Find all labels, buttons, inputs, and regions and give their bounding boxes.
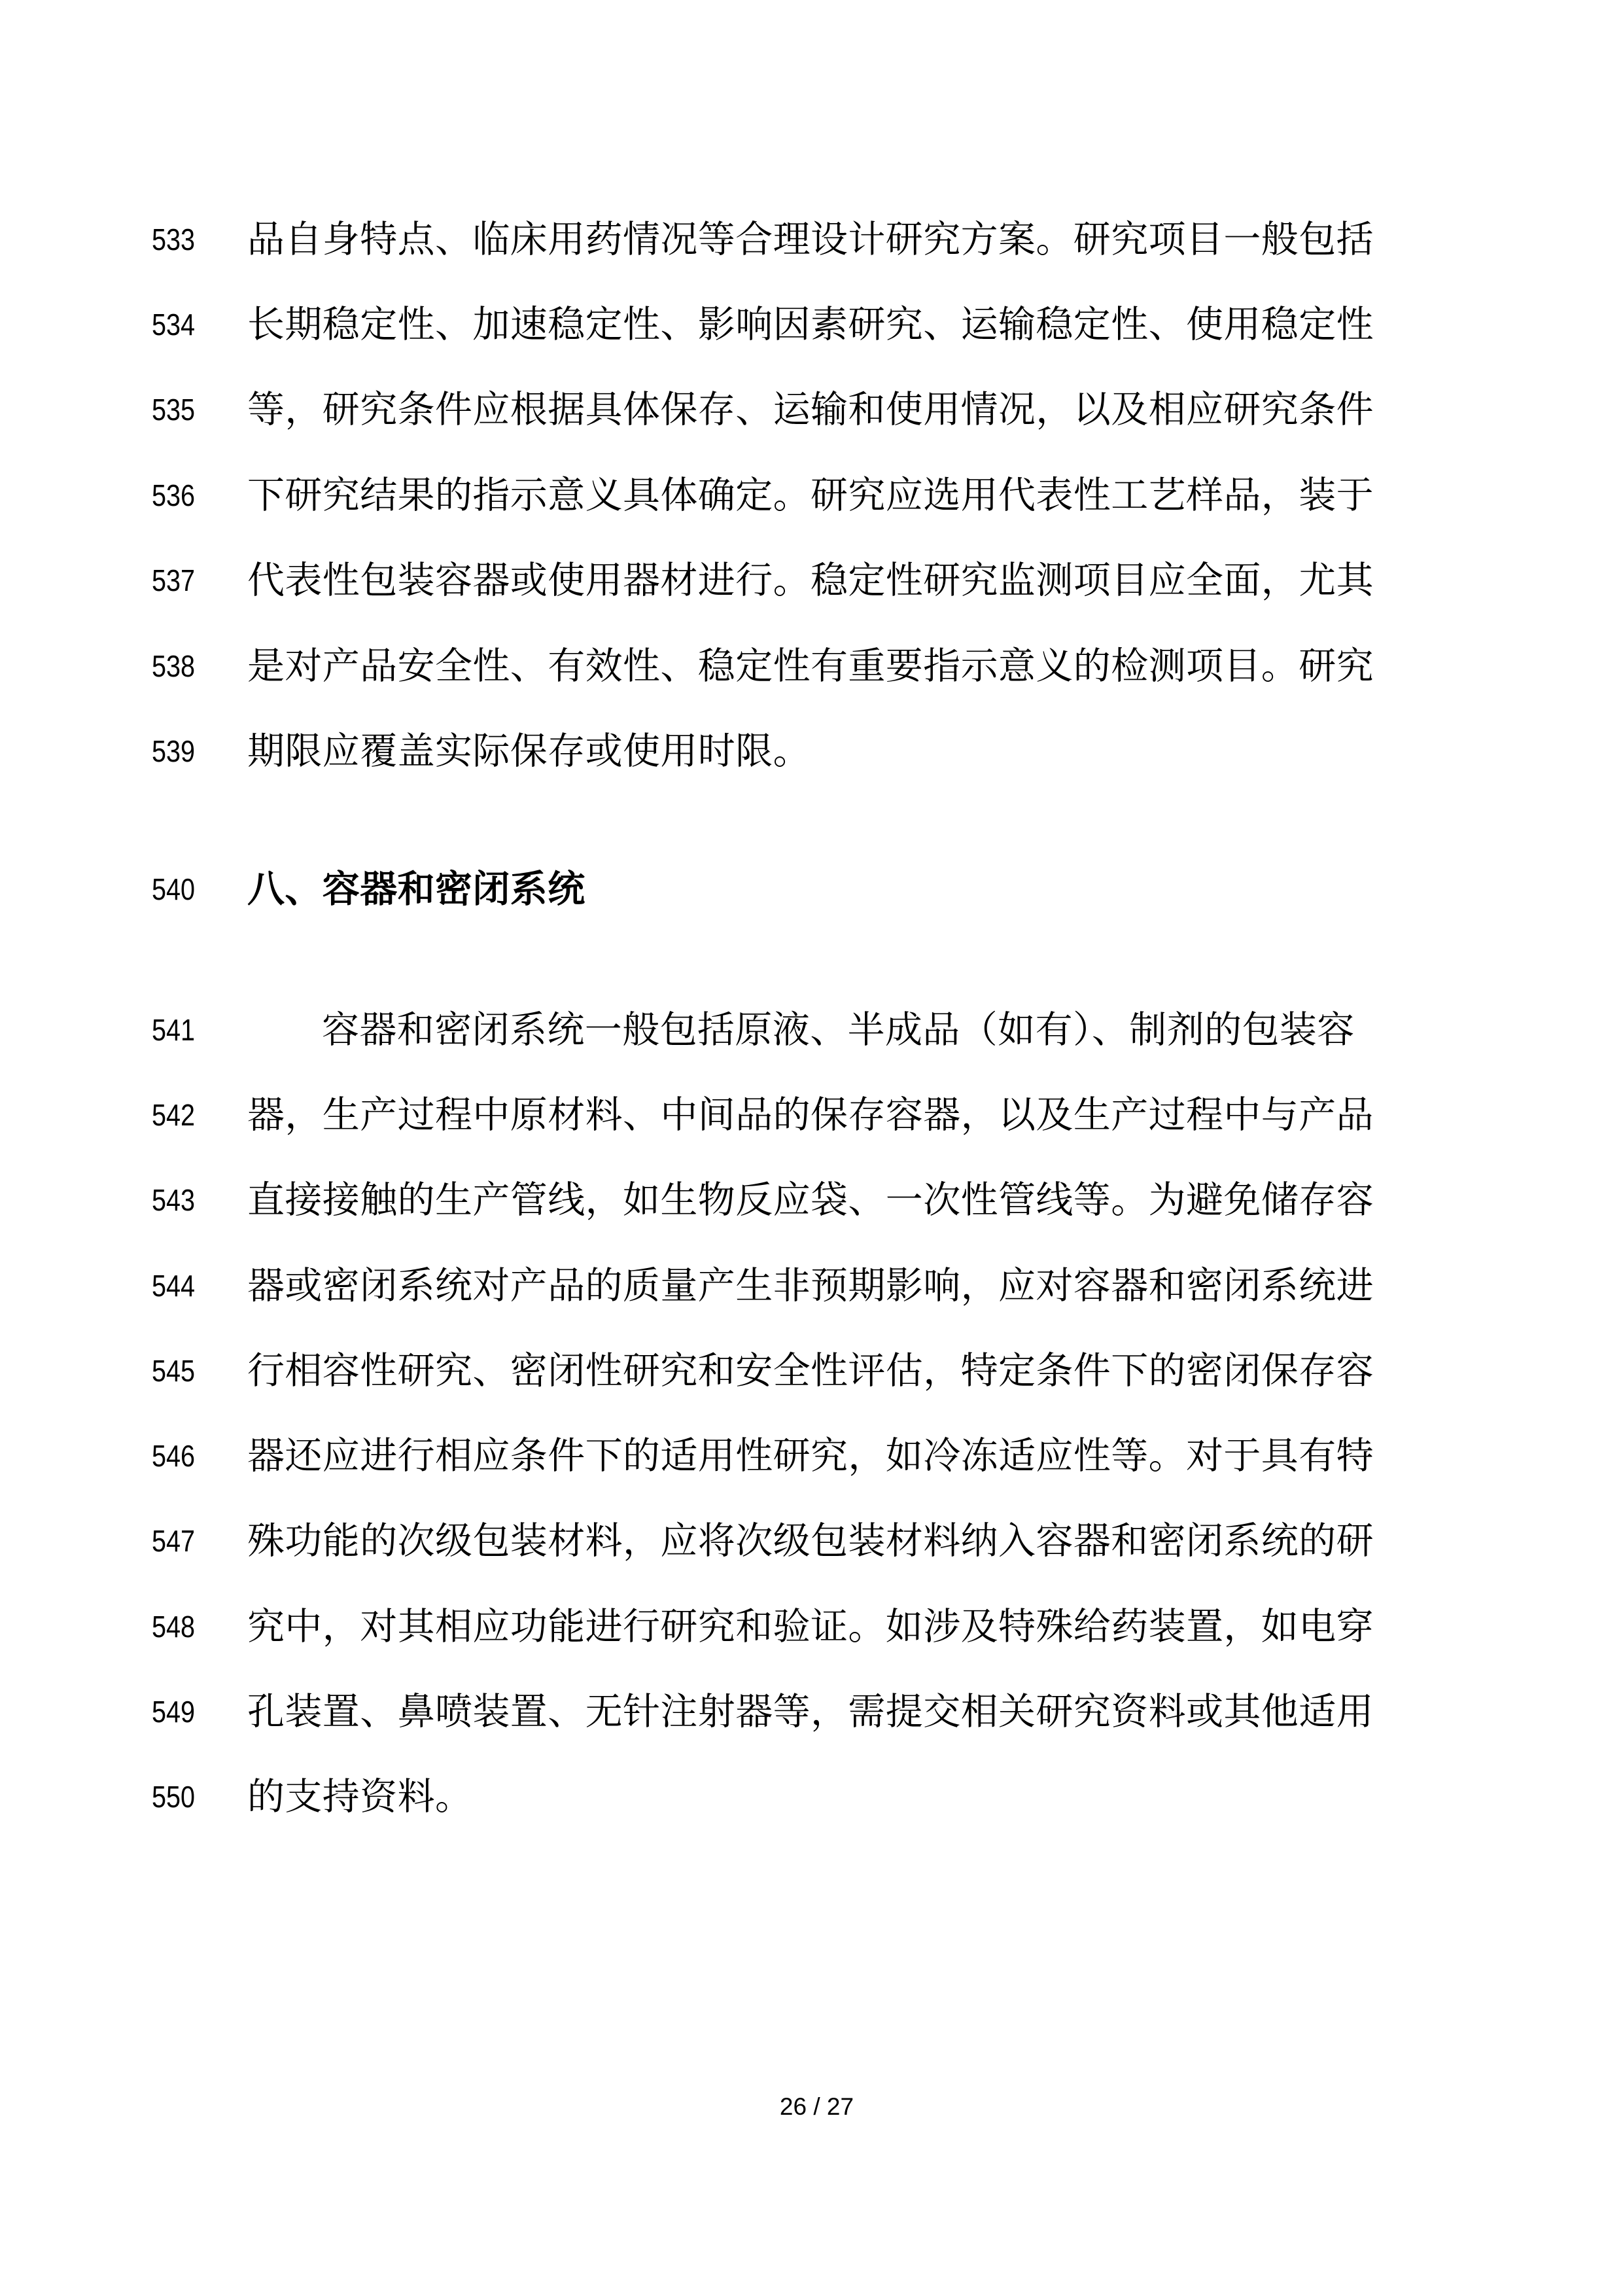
line-number: 535 (152, 367, 195, 452)
text-line: 539 期限应覆盖实际保存或使用时限。 (0, 709, 1623, 794)
line-content: 直接接触的生产管线，如生物反应袋、一次性管线等。为避免储存容 (247, 1157, 1386, 1243)
line-number: 537 (152, 538, 195, 623)
line-number: 534 (152, 282, 195, 367)
line-content: 品自身特点、临床用药情况等合理设计研究方案。研究项目一般包括 (247, 197, 1386, 282)
line-number: 547 (152, 1498, 195, 1583)
text-line: 545 行相容性研究、密闭性研究和安全性评估，特定条件下的密闭保存容 (0, 1328, 1623, 1413)
text-line: 537 代表性包装容器或使用器材进行。稳定性研究监测项目应全面，尤其 (0, 538, 1623, 623)
line-number: 548 (152, 1584, 195, 1669)
text-line: 535 等，研究条件应根据具体保存、运输和使用情况，以及相应研究条件 (0, 367, 1623, 452)
text-line: 536 下研究结果的指示意义具体确定。研究应选用代表性工艺样品，装于 (0, 453, 1623, 538)
line-content: 的支持资料。 (247, 1754, 1386, 1839)
line-number: 542 (152, 1072, 195, 1157)
line-number: 550 (152, 1754, 195, 1839)
text-line: 549 孔装置、鼻喷装置、无针注射器等，需提交相关研究资料或其他适用 (0, 1669, 1623, 1754)
line-content: 器还应进行相应条件下的适用性研究，如冷冻适应性等。对于具有特 (247, 1413, 1386, 1498)
text-line: 533 品自身特点、临床用药情况等合理设计研究方案。研究项目一般包括 (0, 197, 1623, 282)
line-number: 533 (152, 197, 195, 282)
text-line: 538 是对产品安全性、有效性、稳定性有重要指示意义的检测项目。研究 (0, 624, 1623, 709)
line-content: 下研究结果的指示意义具体确定。研究应选用代表性工艺样品，装于 (247, 453, 1386, 538)
line-content: 孔装置、鼻喷装置、无针注射器等，需提交相关研究资料或其他适用 (247, 1669, 1386, 1754)
text-line: 544 器或密闭系统对产品的质量产生非预期影响，应对容器和密闭系统进 (0, 1243, 1623, 1328)
line-content: 期限应覆盖实际保存或使用时限。 (247, 709, 1386, 794)
line-number: 538 (152, 624, 195, 709)
line-number: 540 (152, 847, 195, 932)
text-line: 542 器，生产过程中原材料、中间品的保存容器，以及生产过程中与产品 (0, 1072, 1623, 1157)
text-line: 543 直接接触的生产管线，如生物反应袋、一次性管线等。为避免储存容 (0, 1157, 1623, 1243)
line-content: 等，研究条件应根据具体保存、运输和使用情况，以及相应研究条件 (247, 367, 1386, 452)
line-number: 543 (152, 1157, 195, 1243)
text-line: 550 的支持资料。 (0, 1754, 1623, 1839)
line-content: 容器和密闭系统一般包括原液、半成品（如有）、制剂的包装容 (322, 987, 1460, 1072)
text-line: 546 器还应进行相应条件下的适用性研究，如冷冻适应性等。对于具有特 (0, 1413, 1623, 1498)
line-content: 殊功能的次级包装材料，应将次级包装材料纳入容器和密闭系统的研 (247, 1498, 1386, 1583)
text-line: 548 究中，对其相应功能进行研究和验证。如涉及特殊给药装置，如电穿 (0, 1584, 1623, 1669)
line-number: 549 (152, 1669, 195, 1754)
line-number: 544 (152, 1243, 195, 1328)
line-content: 长期稳定性、加速稳定性、影响因素研究、运输稳定性、使用稳定性 (247, 282, 1386, 367)
line-content: 代表性包装容器或使用器材进行。稳定性研究监测项目应全面，尤其 (247, 538, 1386, 623)
page-number: 26 / 27 (0, 2091, 1623, 2123)
line-content: 器，生产过程中原材料、中间品的保存容器，以及生产过程中与产品 (247, 1072, 1386, 1157)
line-number: 541 (152, 987, 195, 1072)
line-number: 536 (152, 453, 195, 538)
document-page: 533 品自身特点、临床用药情况等合理设计研究方案。研究项目一般包括 534 长… (0, 0, 1623, 2296)
line-content: 是对产品安全性、有效性、稳定性有重要指示意义的检测项目。研究 (247, 624, 1386, 709)
heading-text: 八、容器和密闭系统 (247, 847, 1386, 932)
line-number: 545 (152, 1328, 195, 1413)
line-content: 器或密闭系统对产品的质量产生非预期影响，应对容器和密闭系统进 (247, 1243, 1386, 1328)
line-content: 究中，对其相应功能进行研究和验证。如涉及特殊给药装置，如电穿 (247, 1584, 1386, 1669)
text-line: 534 长期稳定性、加速稳定性、影响因素研究、运输稳定性、使用稳定性 (0, 282, 1623, 367)
text-line: 541 容器和密闭系统一般包括原液、半成品（如有）、制剂的包装容 (0, 987, 1623, 1072)
text-line: 547 殊功能的次级包装材料，应将次级包装材料纳入容器和密闭系统的研 (0, 1498, 1623, 1583)
line-content: 行相容性研究、密闭性研究和安全性评估，特定条件下的密闭保存容 (247, 1328, 1386, 1413)
line-number: 546 (152, 1413, 195, 1498)
line-number: 539 (152, 709, 195, 794)
section-heading: 540 八、容器和密闭系统 (0, 847, 1623, 932)
